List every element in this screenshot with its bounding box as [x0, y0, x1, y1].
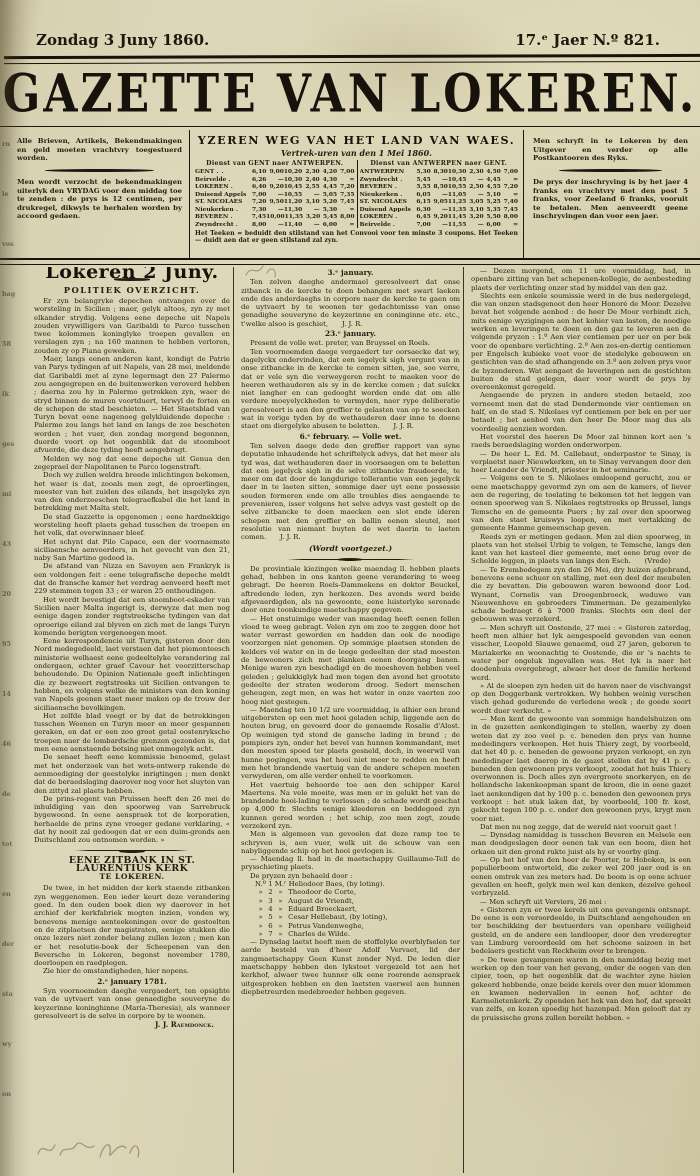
timetable-row: Zwyndrecht .5,45—10,45—4,45=: [360, 176, 519, 184]
margin-fragment: on: [2, 1090, 11, 1098]
timetable-time: —: [266, 206, 283, 214]
article-paragraph: Melden wy nog dat eene depeche uit Genua…: [34, 455, 230, 472]
prize-list-item: » 3 » August de Vriendt,: [255, 897, 460, 905]
timetable-time: 8,00: [337, 213, 354, 221]
signature: J. J. Raemdonck.: [34, 1021, 230, 1029]
timetable-time: —: [302, 221, 319, 229]
timetable-time: 7,45: [501, 206, 518, 214]
timetable-station: Nieukerken .: [195, 206, 249, 214]
railway-timetable: YZEREN WEG VAN HET LAND VAN WAES. Vertre…: [190, 130, 523, 258]
timetable-time: 5,25: [484, 198, 501, 206]
timetable-row: GENT . .6,109,0010,202,304,207,00: [195, 168, 355, 176]
margin-fragment: 58: [2, 340, 11, 348]
timetable-time: 6,40: [249, 183, 266, 191]
margin-fragment: ik: [2, 390, 9, 398]
timetable-row: Duisend Appels7,00—10,55—5,057,35: [195, 191, 355, 199]
article-heading: Lokeren 2 Juny.: [34, 268, 230, 276]
newspaper-title: GAZETTE VAN LOKEREN.: [3, 64, 697, 124]
timetable-row: ST. NICOLAES6,159,0511,253,055,257,40: [360, 198, 519, 206]
margin-fragment: bag: [2, 290, 15, 298]
article-paragraph: Het vaertuig behoorde toe aen den schipp…: [241, 781, 460, 831]
timetable-row: BEVEREN .7,4510,0011,353,205,458,00: [195, 213, 355, 221]
article-paragraph: — Maendag ll. had in de maetschappy Guil…: [241, 855, 460, 872]
article-paragraph: Er zyn belangryke depechen ontvangen ove…: [34, 297, 230, 355]
article-paragraph: Ten selven daege dede den greffier rappo…: [241, 442, 460, 542]
timetable-time: 5,30: [414, 168, 431, 176]
timetable-station: ST. NICOLAES: [360, 198, 414, 206]
article-paragraph: De provintiale kiezingen welke maendag l…: [241, 565, 460, 615]
header-row: Alle Brieven, Artikels, Bekendmakingen e…: [0, 130, 700, 258]
timetable-station: Nieukerken .: [360, 191, 414, 199]
article-paragraph: — Men schryft uit Oostende, 27 mei : « G…: [471, 624, 691, 682]
article-paragraph: Reeds zyn er metingen gedaen. Men zal di…: [471, 533, 691, 566]
timetable-time: 6,00: [484, 221, 501, 229]
timetable-time: =: [337, 206, 354, 214]
timetable-time: 3,20: [303, 213, 320, 221]
timetable-subtitle: Vertrek-uren van den 1 Mei 1860.: [193, 148, 520, 158]
timetable-station: Beirvelde .: [195, 176, 249, 184]
timetable-time: 11,20: [284, 198, 302, 206]
article-paragraph: Maer, langs eenen anderen kant, kondigt …: [34, 355, 230, 455]
timetable-time: 10,20: [284, 168, 302, 176]
article-paragraph: — Men schryft uit Verviers, 26 mei :: [471, 898, 691, 906]
timetable-time: 5,35: [484, 206, 501, 214]
timetable-time: 10,55: [448, 183, 466, 191]
timetable-time: 4,55: [484, 183, 501, 191]
timetable-time: 2,40: [302, 176, 319, 184]
article-paragraph: Doch wy zullen weldra breede inlichtinge…: [34, 471, 230, 512]
timetable-title: YZEREN WEG VAN HET LAND VAN WAES.: [193, 133, 520, 147]
timetable-row: ANTWERPEN5,308,3010,302,304,507,00: [360, 168, 519, 176]
column-middle: 3.ᵉ january.Ten zelven daeghe andermael …: [233, 267, 463, 1173]
article-paragraph: — Maendag ten 10 1/2 ure voormiddag, is …: [241, 706, 460, 781]
timetable-time: 7,20: [337, 183, 354, 191]
timetable-station: Zwyndrecht .: [360, 176, 414, 184]
timetable-time: 9,00: [266, 168, 283, 176]
article-paragraph: Het voorstel des heeren De Moor zal binn…: [471, 433, 691, 450]
article-paragraph: — Te Erembodegem zyn den 26 Mei, dry hui…: [471, 566, 691, 624]
article-paragraph: De senaet heeft eene kommissie benoemd, …: [34, 753, 230, 794]
timetable-caption: Dienst van GENT naer ANTWERPEN.: [195, 160, 355, 167]
timetable-time: 3,20: [466, 213, 483, 221]
timetable-time: 8,00: [501, 213, 518, 221]
article-paragraph: Zie hier de omstandigheden, hier nopens.: [34, 967, 230, 975]
header-bottom-rule: [0, 258, 700, 265]
timetable-time: —: [466, 176, 483, 184]
timetable-time: 8,30: [431, 168, 448, 176]
timetable-antwerpen-gent: Dienst van ANTWERPEN naer GENT.ANTWERPEN…: [357, 160, 521, 228]
timetable-row: Nieukerken .7,30—11,30—5,30=: [195, 206, 355, 214]
timetable-time: 7,45: [337, 198, 354, 206]
timetable-time: 3,05: [466, 198, 483, 206]
timetable-time: 11,55: [448, 221, 466, 229]
divider: [559, 169, 661, 172]
article-paragraph: « Gisteren zyn er twee kerels uit ons ge…: [471, 906, 691, 956]
timetable-time: 11,35: [285, 213, 303, 221]
timetable-station: BEVEREN .: [195, 213, 249, 221]
article-paragraph: De stad Gazzette is opgenomen ; eene har…: [34, 513, 230, 538]
continuation-note: (Wordt voortgezet.): [241, 545, 460, 553]
article-paragraph: Slechts een enkele soumissie werd in de …: [471, 292, 691, 392]
timetable-time: —: [466, 191, 483, 199]
article-heading: EENE ZITBANK IN ST. LAURENTIUS KERK: [34, 857, 230, 874]
timetable-time: —: [302, 206, 319, 214]
prize-list-item: » 2 » Theodoor de Corte,: [255, 888, 460, 896]
timetable-caption: Dienst van ANTWERPEN naer GENT.: [360, 160, 519, 167]
prize-list-item: » 7 » Charles de Wilde.: [255, 930, 460, 938]
notice-text: Men wordt verzocht de bekendmakingen uit…: [17, 178, 182, 221]
prize-list-item: » 4 » Eduard Broeckaert,: [255, 905, 460, 913]
timetable-time: =: [337, 221, 354, 229]
timetable-time: =: [501, 191, 518, 199]
timetable-row: Beirvelde .6,26—10,302,404,30=: [195, 176, 355, 184]
timetable-time: 9,20: [266, 183, 283, 191]
timetable-time: 4,20: [320, 168, 337, 176]
date-heading: 3.ᵉ january.: [241, 269, 460, 277]
margin-fragment: 20: [2, 590, 11, 598]
prize-list: N.º 1 M.ʳ Heliodoor Baes, (by loting). »…: [241, 880, 460, 938]
timetable-station: Beirvelde .: [360, 221, 414, 229]
divider: [75, 850, 189, 853]
prize-list-item: N.º 1 M.ʳ Heliodoor Baes, (by loting).: [255, 880, 460, 888]
margin-fragment: sta: [2, 990, 13, 998]
article-paragraph: Het zelfde blad voegt er by dat de betre…: [34, 712, 230, 753]
timetable-time: 11,30: [284, 206, 302, 214]
timetable-time: 11,40: [284, 221, 302, 229]
timetable-time: 10,30: [284, 176, 302, 184]
article-paragraph: Ten voornoemden daege vergaedert ter oor…: [241, 348, 460, 431]
timetable-time: 5,45: [320, 213, 337, 221]
timetable-time: 5,50: [484, 213, 501, 221]
margin-fragment: wy: [2, 1040, 11, 1048]
timetable-time: —: [431, 206, 448, 214]
article-paragraph: De afstand van Nizza en Savoyen aen Fran…: [34, 562, 230, 595]
timetable-time: 7,00: [414, 221, 431, 229]
article-paragraph: Aengaende de pryzen in andere steden bet…: [471, 391, 691, 432]
article-paragraph: — Dynsdag laetst heeft men de stoffelyke…: [241, 938, 460, 996]
article-paragraph: Het wordt bevestigd dat een stoomboot-es…: [34, 596, 230, 637]
article-paragraph: Syn voornoemden daeghe vergaedert, ten o…: [34, 987, 230, 1020]
margin-fragment: de: [2, 790, 11, 798]
timetable-time: 6,10: [249, 168, 266, 176]
timetable-gent-antwerpen: Dienst van GENT naer ANTWERPEN.GENT . .6…: [193, 160, 357, 228]
article-subheading: TE LOKEREN.: [34, 873, 230, 881]
top-bar: Zondag 3 Juny 1860. 17.ᵉ Jaer N.º 821.: [36, 31, 660, 49]
timetable-time: 5,10: [484, 191, 501, 199]
timetable-time: 10,55: [284, 191, 302, 199]
timetable-row: Duisend Appels6,30—11,353,105,357,45: [360, 206, 519, 214]
timetable-time: 6,30: [414, 206, 431, 214]
timetable-tables: Dienst van GENT naer ANTWERPEN.GENT . .6…: [193, 160, 520, 228]
timetable-time: 11,25: [448, 198, 466, 206]
section-heading: POLITIEK OVERZICHT.: [34, 286, 230, 294]
date-heading: 23.ᵉ january.: [241, 330, 460, 338]
timetable-time: 11,35: [448, 206, 466, 214]
margin-fragment: ges: [2, 440, 14, 448]
timetable-time: 2,50: [466, 183, 483, 191]
timetable-time: 7,00: [501, 168, 518, 176]
timetable-time: =: [501, 221, 518, 229]
article-paragraph: — Het onstuimige weder van maendag heeft…: [241, 615, 460, 706]
timetable-time: —: [266, 221, 283, 229]
timetable-time: 8,00: [249, 221, 266, 229]
timetable-time: 11,05: [448, 191, 466, 199]
timetable-time: 7,20: [501, 183, 518, 191]
timetable-time: 5,30: [320, 206, 337, 214]
timetable-time: 6,00: [320, 221, 337, 229]
issue-date: Zondag 3 Juny 1860.: [36, 31, 209, 49]
timetable-time: 10,45: [448, 176, 466, 184]
timetable-time: 3,10: [302, 198, 319, 206]
article-paragraph: De twee, in het midden der kerk staende …: [34, 884, 230, 967]
margin-fragment: tot: [2, 840, 12, 848]
timetable-time: 2,55: [302, 183, 319, 191]
newspaper-page: Zondag 3 Juny 1860. 17.ᵉ Jaer N.º 821. G…: [0, 0, 700, 1176]
notice-text: Men schryft in te Lokeren by den Uitgeve…: [533, 137, 688, 163]
timetable-time: 9,50: [266, 198, 283, 206]
article-paragraph: Het schynt dat Pilo Capace, een der voor…: [34, 538, 230, 563]
margin-fragment: 14: [2, 690, 11, 698]
timetable-time: —: [431, 221, 448, 229]
timetable-time: 9,20: [431, 213, 448, 221]
prize-list-item: » 6 » Petrus Vandenweghe,: [255, 922, 460, 930]
notice-text: Alle Brieven, Artikels, Bekendmakingen e…: [17, 137, 182, 163]
margin-fragment: en: [2, 890, 11, 898]
timetable-time: 7,35: [337, 191, 354, 199]
timetable-time: —: [431, 191, 448, 199]
timetable-station: Duisend Appels: [360, 206, 414, 214]
date-heading: 2.ᵉ january 1781.: [34, 978, 230, 986]
issue-edition: 17.ᵉ Jaer N.º 821.: [515, 31, 660, 49]
article-paragraph: De pryzen zyn behaeld door :: [241, 872, 460, 880]
timetable-row: Zwyndrecht .8,00—11,40—6,00=: [195, 221, 355, 229]
timetable-time: 5,05: [320, 191, 337, 199]
timetable-time: 7,40: [501, 198, 518, 206]
timetable-time: 2,30: [466, 168, 483, 176]
timetable-row: LOKEREN .6,409,2010,452,554,457,20: [195, 183, 355, 191]
timetable-time: =: [337, 176, 354, 184]
timetable-time: 10,00: [266, 213, 284, 221]
article-paragraph: — Op het hof van den heer de Poorter, te…: [471, 856, 691, 897]
timetable-time: 4,50: [484, 168, 501, 176]
masthead: GAZETTE VAN LOKEREN.: [0, 62, 700, 127]
timetable-station: ANTWERPEN: [360, 168, 414, 176]
date-heading: 6.ᵉ february. — Volle wet.: [241, 433, 460, 441]
timetable-station: LOKEREN .: [360, 213, 414, 221]
timetable-station: Duisend Appels: [195, 191, 249, 199]
article-paragraph: Ten zelven daeghe andermael geresolveert…: [241, 278, 460, 328]
timetable-row: Nieukerken .6,05—11,05—5,10=: [360, 191, 519, 199]
article-paragraph: De prins-regent van Pruissen heeft den 2…: [34, 795, 230, 845]
notice-text: De prys der inschryving is by het jaer 4…: [533, 178, 688, 221]
column-left: Lokeren 2 Juny.POLITIEK OVERZICHT.Er zyn…: [34, 267, 233, 1173]
divider: [45, 169, 154, 172]
timetable-station: Zwyndrecht .: [195, 221, 249, 229]
article-columns: Lokeren 2 Juny.POLITIEK OVERZICHT.Er zyn…: [34, 267, 695, 1173]
timetable-time: 9,05: [431, 198, 448, 206]
article-paragraph: Men is algemeen van gevoelen dat deze ra…: [241, 830, 460, 855]
timetable-time: =: [501, 176, 518, 184]
timetable-time: 4,30: [320, 176, 337, 184]
timetable-time: —: [431, 176, 448, 184]
submission-notice-box: Alle Brieven, Artikels, Bekendmakingen e…: [0, 130, 190, 258]
article-paragraph: — De heer L. Ed. M. Callebaut, onderpast…: [471, 450, 691, 475]
timetable-time: 7,30: [249, 206, 266, 214]
timetable-time: 8,50: [431, 183, 448, 191]
timetable-time: 11,45: [448, 213, 466, 221]
timetable-time: 5,55: [414, 183, 431, 191]
margin-fragment: 43: [2, 540, 11, 548]
timetable-time: 6,05: [414, 191, 431, 199]
article-paragraph: — Men kent de gewoonte van sommige hande…: [471, 715, 691, 823]
timetable-time: 6,45: [414, 213, 431, 221]
margin-fragment: 46: [2, 740, 11, 748]
article-paragraph: — Dezen morgend, om 11 ure voormiddag, h…: [471, 267, 691, 292]
timetable-note: Het Teeken = beduidt den stilstand van h…: [193, 230, 520, 244]
timetable-time: 7,20: [249, 198, 266, 206]
article-paragraph: » De twee gevangenen waren in den namidd…: [471, 956, 691, 1022]
timetable-station: BEVEREN .: [360, 183, 414, 191]
timetable-time: 3,10: [466, 206, 483, 214]
timetable-time: 4,45: [320, 183, 337, 191]
timetable-time: 6,26: [249, 176, 266, 184]
margin-fragment: 95: [2, 640, 11, 648]
margin-fragment: der: [2, 940, 14, 948]
article-paragraph: Present de volle wet. preter, van Bruyss…: [241, 339, 460, 347]
timetable-time: 6,15: [414, 198, 431, 206]
timetable-time: 7,00: [337, 168, 354, 176]
article-paragraph: » Al de sloepen zyn heden uit de haven n…: [471, 682, 691, 715]
divider: [287, 558, 414, 561]
timetable-time: —: [466, 221, 483, 229]
subscription-notice-box: Men schryft in te Lokeren by den Uitgeve…: [523, 130, 700, 258]
timetable-time: —: [302, 191, 319, 199]
timetable-row: LOKEREN .6,459,2011,453,205,508,00: [360, 213, 519, 221]
timetable-time: 5,45: [414, 176, 431, 184]
timetable-time: 7,45: [249, 213, 266, 221]
timetable-station: GENT . .: [195, 168, 249, 176]
timetable-row: ST. NICOLAES7,209,5011,203,105,207,45: [195, 198, 355, 206]
timetable-time: 7,00: [249, 191, 266, 199]
timetable-time: 5,20: [320, 198, 337, 206]
article-paragraph: Eene korrespondencie uit Turyn, gisteren…: [34, 637, 230, 712]
timetable-row: BEVEREN .5,558,5010,552,504,557,20: [360, 183, 519, 191]
timetable-row: Beirvelde .7,00—11,55—6,00=: [360, 221, 519, 229]
timetable-time: 10,45: [284, 183, 302, 191]
timetable-time: —: [266, 191, 283, 199]
timetable-time: —: [266, 176, 283, 184]
column-right: — Dezen morgend, om 11 ure voormiddag, h…: [463, 267, 695, 1173]
margin-fragment: mi: [2, 490, 11, 498]
timetable-station: ST. NICOLAES: [195, 198, 249, 206]
article-paragraph: Dat men nu nog zegge, dat de wereld niet…: [471, 823, 691, 831]
timetable-station: LOKEREN .: [195, 183, 249, 191]
timetable-time: 2,30: [302, 168, 319, 176]
timetable-time: 4,45: [484, 176, 501, 184]
article-paragraph: — Volgens een te S. Nikolaes omloopend g…: [471, 474, 691, 532]
prize-list-item: » 5 » Cesar Hellebaut, (by loting),: [255, 913, 460, 921]
timetable-time: 10,30: [448, 168, 466, 176]
article-paragraph: — Dynsdag namiddag is tusschen Beveren e…: [471, 831, 691, 856]
